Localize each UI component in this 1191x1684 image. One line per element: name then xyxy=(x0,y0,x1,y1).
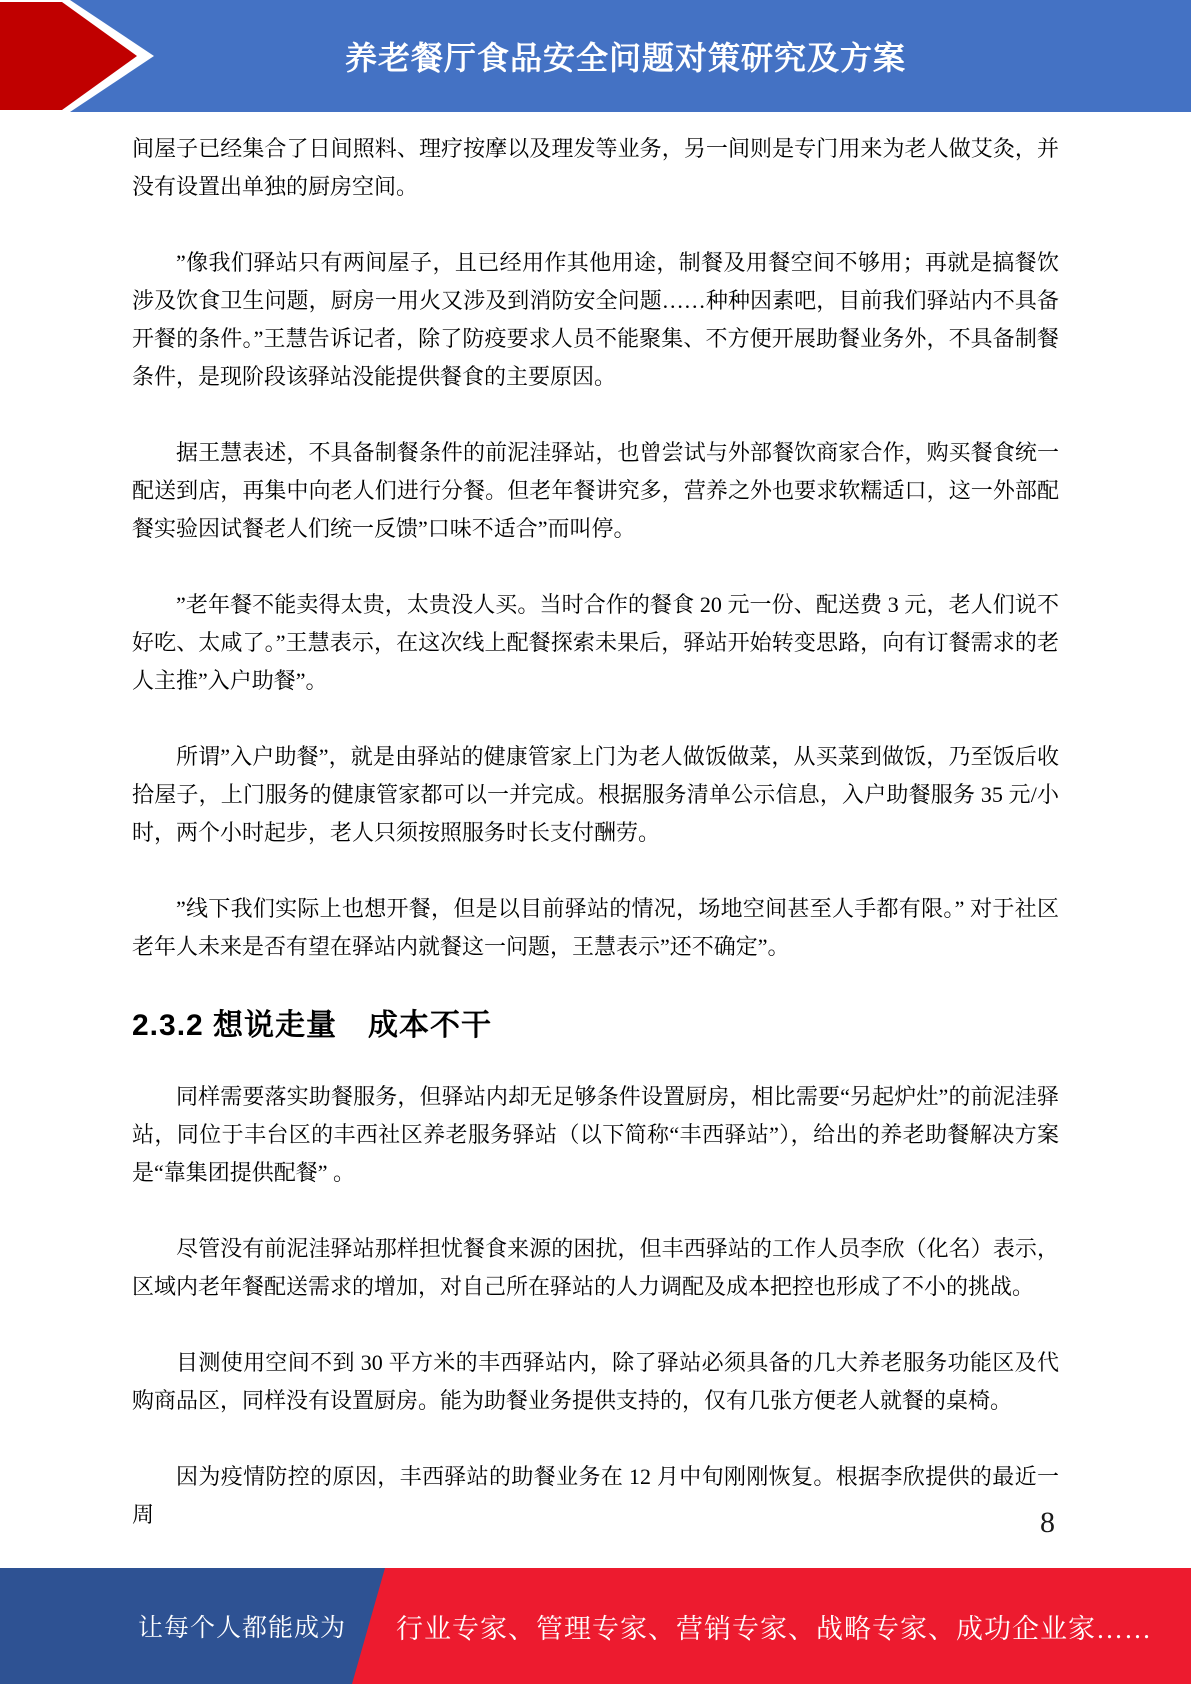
footer-slogan-list: 行业专家、管理专家、营销专家、战略专家、成功企业家…… xyxy=(396,1568,1181,1684)
section-heading: 2.3.2 想说走量 成本不干 xyxy=(132,1004,1059,1048)
paragraph: 目测使用空间不到 30 平方米的丰西驿站内，除了驿站必须具备的几大养老服务功能区… xyxy=(132,1344,1059,1420)
page-footer-banner: 让每个人都能成为 行业专家、管理专家、营销专家、战略专家、成功企业家…… xyxy=(0,1568,1191,1684)
paragraph: 同样需要落实助餐服务，但驿站内却无足够条件设置厨房，相比需要“另起炉灶”的前泥洼… xyxy=(132,1078,1059,1192)
paragraph: ”线下我们实际上也想开餐，但是以目前驿站的情况，场地空间甚至人手都有限。” 对于… xyxy=(132,890,1059,966)
paragraph: 因为疫情防控的原因，丰西驿站的助餐业务在 12 月中旬刚刚恢复。根据李欣提供的最… xyxy=(132,1458,1059,1534)
paragraph: ”像我们驿站只有两间屋子，且已经用作其他用途，制餐及用餐空间不够用；再就是搞餐饮… xyxy=(132,244,1059,396)
page-number: 8 xyxy=(1040,1506,1055,1540)
footer-slogan-lead: 让每个人都能成为 xyxy=(0,1568,346,1684)
paragraph: 据王慧表述，不具备制餐条件的前泥洼驿站，也曾尝试与外部餐饮商家合作，购买餐食统一… xyxy=(132,434,1059,548)
paragraph: 间屋子已经集合了日间照料、理疗按摩以及理发等业务，另一间则是专门用来为老人做艾灸… xyxy=(132,130,1059,206)
document-title: 养老餐厅食品安全问题对策研究及方案 xyxy=(60,0,1191,112)
document-page: 养老餐厅食品安全问题对策研究及方案 间屋子已经集合了日间照料、理疗按摩以及理发等… xyxy=(0,0,1191,1684)
paragraph: 尽管没有前泥洼驿站那样担忧餐食来源的困扰，但丰西驿站的工作人员李欣（化名）表示，… xyxy=(132,1230,1059,1306)
paragraph: 所谓”入户助餐”，就是由驿站的健康管家上门为老人做饭做菜，从买菜到做饭，乃至饭后… xyxy=(132,738,1059,852)
paragraph: ”老年餐不能卖得太贵，太贵没人买。当时合作的餐食 20 元一份、配送费 3 元，… xyxy=(132,586,1059,700)
document-body: 间屋子已经集合了日间照料、理疗按摩以及理发等业务，另一间则是专门用来为老人做艾灸… xyxy=(132,130,1059,1572)
page-header-banner: 养老餐厅食品安全问题对策研究及方案 xyxy=(0,0,1191,112)
